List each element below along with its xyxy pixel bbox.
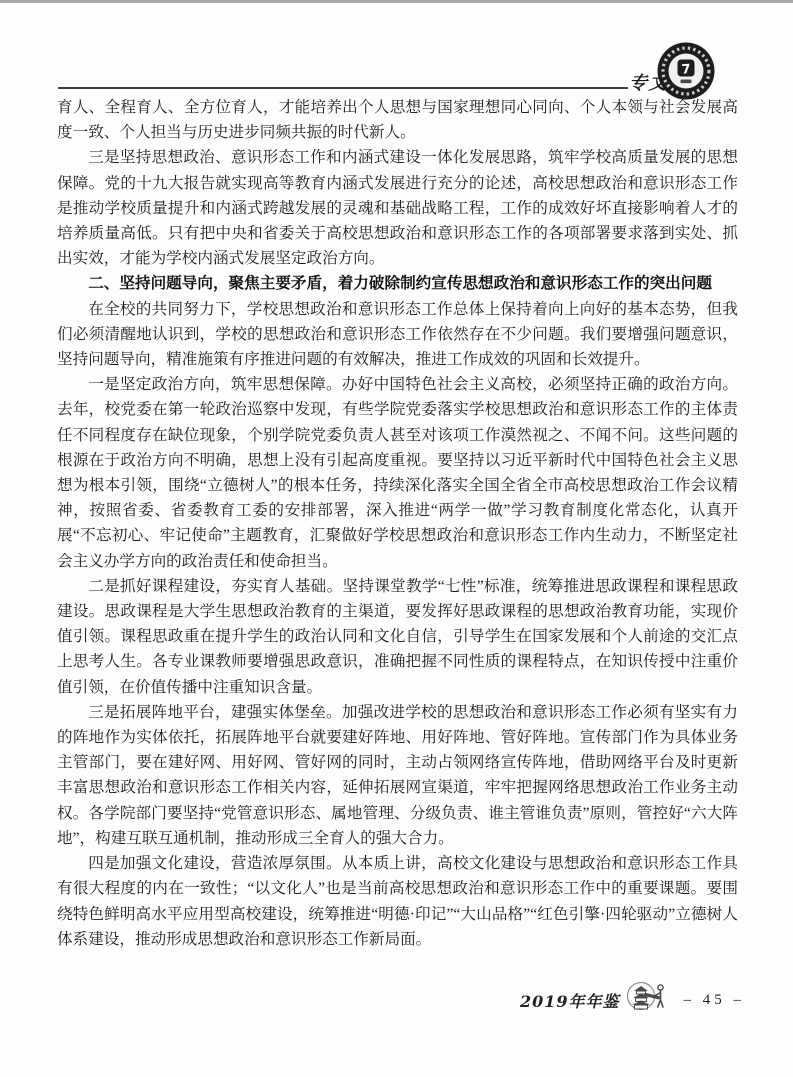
seal-center-glyph: 7 <box>681 62 691 78</box>
paragraph: 三是拓展阵地平台，建强实体堡垒。加强改进学校的思想政治和意识形态工作必须有坚实有… <box>57 700 738 851</box>
section-heading: 二、坚持问题导向，聚焦主要矛盾，着力破除制约宣传思想政治和意识形态工作的突出问题 <box>57 271 738 296</box>
paragraph: 二是抓好课程建设，夯实育人基础。坚持课堂教学“七性”标准，统筹推进思政课程和课程… <box>57 574 738 700</box>
paragraph-continuation: 育人、全程育人、全方位育人，才能培养出个人思想与国家理想同心同向、个人本领与社会… <box>57 95 738 145</box>
pagoda-figure-icon <box>624 977 670 1023</box>
document-page: 专文 7 育人、全程育人、全方位育人，才能培养出个人思想与国家理想同心同向、个人… <box>0 0 793 1077</box>
paragraph: 三是坚持思想政治、意识形态工作和内涵式建设一体化发展思路，筑牢学校高质量发展的思… <box>57 145 738 271</box>
scan-edge-strip <box>0 0 793 3</box>
yearbook-label: 2019年年鉴 <box>520 989 620 1012</box>
university-seal-icon: 7 <box>656 41 716 101</box>
page-number: – 45 – <box>684 992 746 1009</box>
paragraph: 一是坚定政治方向，筑牢思想保障。办好中国特色社会主义高校，必须坚持正确的政治方向… <box>57 372 738 574</box>
header-rule <box>58 87 628 89</box>
page-footer: 2019年年鉴 – 45 – <box>520 977 745 1023</box>
paragraph: 在全校的共同努力下，学校思想政治和意识形态工作总体上保持着向上向好的基本态势，但… <box>57 297 738 373</box>
article-body: 育人、全程育人、全方位育人，才能培养出个人思想与国家理想同心同向、个人本领与社会… <box>57 95 738 952</box>
paragraph: 四是加强文化建设，营造浓厚氛围。从本质上讲，高校文化建设与思想政治和意识形态工作… <box>57 851 738 952</box>
